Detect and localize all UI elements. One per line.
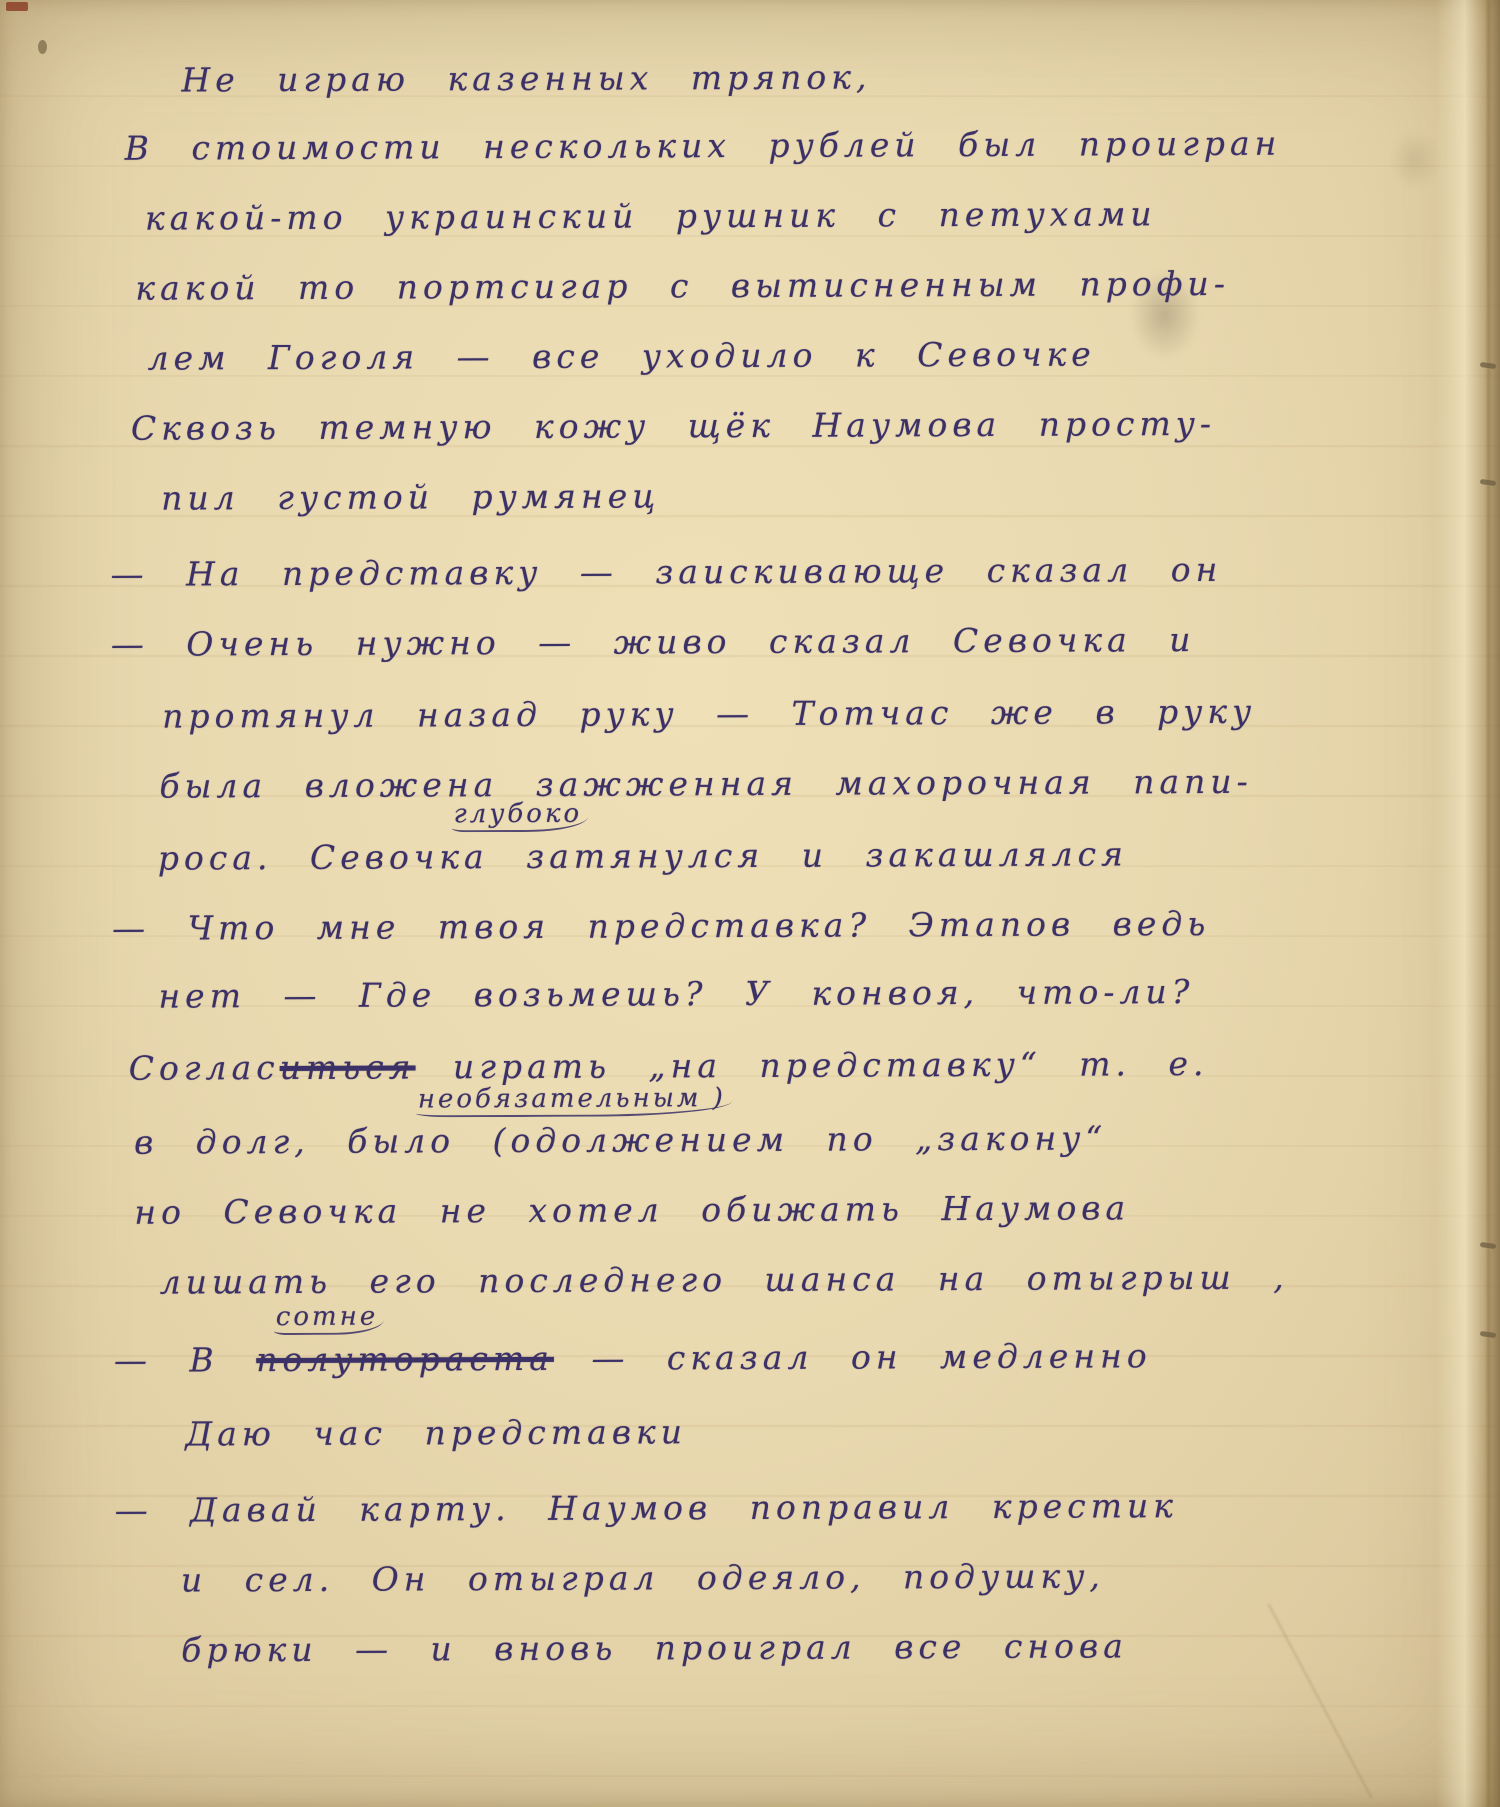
line-text: — Давай карту. Наумов поправил крестик <box>115 1486 1178 1530</box>
manuscript-line: В стоимости нескольких рублей был проигр… <box>125 124 1282 168</box>
line-text: — сказал он медленно <box>554 1336 1152 1378</box>
manuscript-line: роса. Севочка затянулся и закашлялся <box>158 834 1128 877</box>
manuscript-line: была вложена зажженная махорочная папи- <box>159 762 1252 806</box>
manuscript-line: протянул назад руку — Тотчас же в руку <box>162 692 1256 736</box>
line-text: какой-то украинский рушник с петухами <box>145 194 1157 237</box>
manuscript-line: — Давай карту. Наумов поправил крестик <box>115 1486 1178 1530</box>
manuscript-line: — Что мне твоя представка? Этапов ведь <box>112 904 1210 948</box>
inserted-word-above-line: необязательным ) <box>416 1083 732 1117</box>
line-text: лем Гоголя — все уходило к Севочке <box>148 334 1096 377</box>
struck-word: полутораста <box>256 1339 554 1379</box>
line-text: и сел. Он отыграл одеяло, подушку, <box>181 1556 1105 1599</box>
line-text: — В <box>114 1340 256 1380</box>
line-text: лишать его последнего шанса на отыгрыш , <box>160 1258 1289 1302</box>
manuscript-line: лем Гоголя — все уходило к Севочке <box>148 334 1096 377</box>
manuscript-line: Согласиться играть „на представку“ т. е. <box>129 1044 1209 1088</box>
manuscript-text: Не играю казенных тряпок,В стоимости нес… <box>0 0 1500 1807</box>
line-text: была вложена зажженная махорочная папи- <box>159 762 1252 806</box>
line-text: Не играю казенных тряпок, <box>181 57 871 99</box>
line-text: пил густой румянец <box>161 476 660 517</box>
manuscript-line: нет — Где возьмешь? У конвоя, что-ли? <box>158 972 1194 1016</box>
manuscript-line: брюки — и вновь проиграл все снова <box>181 1626 1128 1669</box>
line-text: нет — Где возьмешь? У конвоя, что-ли? <box>158 972 1194 1016</box>
manuscript-line: Не играю казенных тряпок, <box>181 57 871 99</box>
line-text: брюки — и вновь проиграл все снова <box>181 1626 1128 1669</box>
line-text: играть „на представку“ т. е. <box>415 1044 1208 1086</box>
line-text: Даю час представки <box>185 1412 687 1453</box>
manuscript-line: Даю час представки <box>185 1412 687 1453</box>
inserted-word-above-line: сотне <box>274 1302 385 1335</box>
manuscript-line: — В полутораста — сказал он медленно <box>114 1336 1152 1380</box>
line-text: какой то портсигар с вытисненным профи- <box>135 264 1230 308</box>
manuscript-line: — Очень нужно — живо сказал Севочка и <box>111 620 1196 664</box>
manuscript-line: лишать его последнего шанса на отыгрыш , <box>160 1258 1289 1302</box>
line-text: роса. Севочка затянулся и закашлялся <box>158 834 1128 877</box>
manuscript-line: какой-то украинский рушник с петухами <box>145 194 1157 237</box>
line-text: — Очень нужно — живо сказал Севочка и <box>111 620 1196 664</box>
manuscript-line: и сел. Он отыграл одеяло, подушку, <box>181 1556 1105 1599</box>
line-text: — Что мне твоя представка? Этапов ведь <box>112 904 1210 948</box>
line-text: — На представку — заискивающе сказал он <box>110 550 1222 594</box>
line-text: в долг, было (одолжением по „закону“ <box>134 1118 1107 1161</box>
line-text: но Севочка не хотел обижать Наумова <box>134 1188 1130 1231</box>
manuscript-line: пил густой румянец <box>161 476 660 517</box>
line-text: Сквозь темную кожу щёк Наумова просту- <box>131 404 1216 448</box>
manuscript-line: какой то портсигар с вытисненным профи- <box>135 264 1230 308</box>
struck-word: иться <box>280 1047 416 1087</box>
manuscript-line: Сквозь темную кожу щёк Наумова просту- <box>131 404 1216 448</box>
line-text: В стоимости нескольких рублей был проигр… <box>125 124 1282 168</box>
manuscript-page: Не играю казенных тряпок,В стоимости нес… <box>0 0 1500 1807</box>
line-text: Соглас <box>129 1048 280 1088</box>
manuscript-line: но Севочка не хотел обижать Наумова <box>134 1188 1130 1231</box>
line-text: протянул назад руку — Тотчас же в руку <box>162 692 1256 736</box>
manuscript-line: в долг, было (одолжением по „закону“ <box>134 1118 1107 1161</box>
inserted-word-above-line: глубоко <box>452 799 589 833</box>
manuscript-line: — На представку — заискивающе сказал он <box>110 550 1222 594</box>
